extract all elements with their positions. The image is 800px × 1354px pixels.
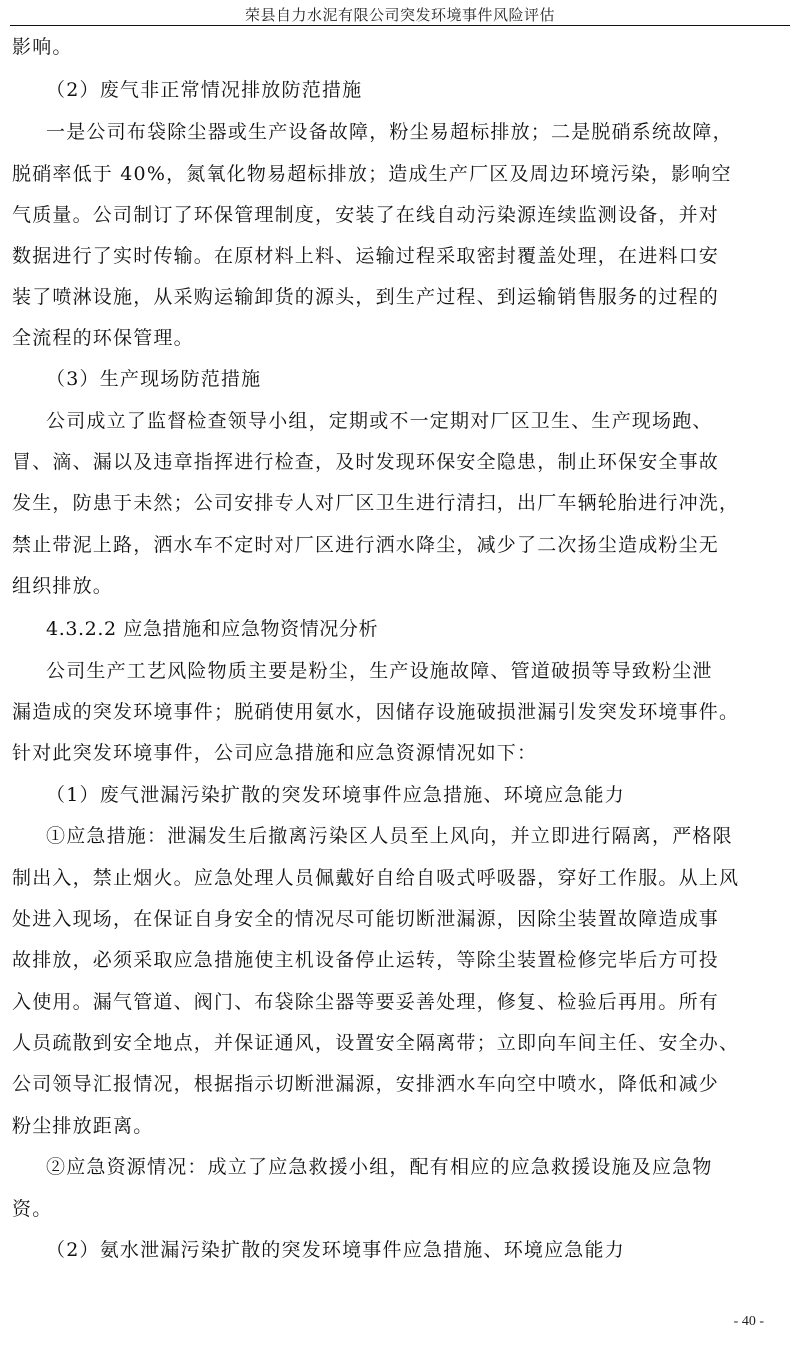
- paragraph-start-line: （2）氨水泄漏污染扩散的突发环境事件应急措施、环境应急能力: [46, 1238, 800, 1262]
- paragraph-line: 组织排放。: [12, 574, 788, 598]
- paragraph-line: 装了喷淋设施，从采购运输卸货的源头，到生产过程、到运输销售服务的过程的: [12, 285, 788, 309]
- paragraph-line: 公司领导汇报情况，根据指示切断泄漏源，安排洒水车向空中喷水，降低和减少: [12, 1072, 788, 1096]
- paragraph-start-line: （1）废气泄漏污染扩散的突发环境事件应急措施、环境应急能力: [46, 783, 800, 807]
- paragraph-line: 禁止带泥上路，洒水车不定时对厂区进行洒水降尘，减少了二次扬尘造成粉尘无: [12, 533, 788, 557]
- paragraph-line: 发生，防患于未然；公司安排专人对厂区卫生进行清扫，出厂车辆轮胎进行冲洗，: [12, 491, 788, 515]
- paragraph-line: 脱硝率低于 40%，氮氧化物易超标排放；造成生产厂区及周边环境污染，影响空: [12, 162, 788, 186]
- paragraph-start-line: 公司成立了监督检查领导小组，定期或不一定期对厂区卫生、生产现场跑、: [46, 409, 800, 433]
- paragraph-line: 处进入现场，在保证自身安全的情况尽可能切断泄漏源，因除尘装置故障造成事: [12, 907, 788, 931]
- paragraph-start-line: ②应急资源情况：成立了应急救援小组，配有相应的应急救援设施及应急物: [46, 1155, 800, 1179]
- paragraph-line: 入使用。漏气管道、阀门、布袋除尘器等要妥善处理，修复、检验后再用。所有: [12, 990, 788, 1014]
- paragraph-start-line: ①应急措施：泄漏发生后撤离污染区人员至上风向，并立即进行隔离，严格限: [46, 824, 800, 848]
- header-divider: [10, 25, 790, 26]
- section-heading: 4.3.2.2 应急措施和应急物资情况分析: [46, 617, 800, 641]
- paragraph-line: 人员疏散到安全地点，并保证通风，设置安全隔离带；立即向车间主任、安全办、: [12, 1031, 788, 1055]
- paragraph-start-line: 公司生产工艺风险物质主要是粉尘，生产设施故障、管道破损等导致粉尘泄: [46, 659, 800, 683]
- paragraph-line: 全流程的环保管理。: [12, 326, 788, 350]
- paragraph-start-line: 一是公司布袋除尘器或生产设备故障，粉尘易超标排放；二是脱硝系统故障，: [46, 120, 800, 144]
- page-number: - 40 -: [734, 1314, 764, 1330]
- paragraph-line: 气质量。公司制订了环保管理制度，安装了在线自动污染源连续监测设备，并对: [12, 203, 788, 227]
- paragraph-line: 冒、滴、漏以及违章指挥进行检查，及时发现环保安全隐患，制止环保安全事故: [12, 450, 788, 474]
- paragraph-line: 针对此突发环境事件，公司应急措施和应急资源情况如下：: [12, 741, 788, 765]
- paragraph-line: 粉尘排放距离。: [12, 1114, 788, 1138]
- paragraph-line: 漏造成的突发环境事件；脱硝使用氨水，因储存设施破损泄漏引发突发环境事件。: [12, 700, 788, 724]
- paragraph-line: 影响。: [12, 35, 788, 59]
- paragraph-start-line: （2）废气非正常情况排放防范措施: [46, 78, 800, 102]
- document-title: 荣县自力水泥有限公司突发环境事件风险评估: [0, 4, 800, 25]
- paragraph-line: 故排放，必须采取应急措施使主机设备停止运转，等除尘装置检修完毕后方可投: [12, 948, 788, 972]
- paragraph-line: 数据进行了实时传输。在原材料上料、运输过程采取密封覆盖处理，在进料口安: [12, 244, 788, 268]
- paragraph-line: 制出入，禁止烟火。应急处理人员佩戴好自给自吸式呼吸器，穿好工作服。从上风: [12, 866, 788, 890]
- paragraph-line: 资。: [12, 1197, 788, 1221]
- paragraph-start-line: （3）生产现场防范措施: [46, 367, 800, 391]
